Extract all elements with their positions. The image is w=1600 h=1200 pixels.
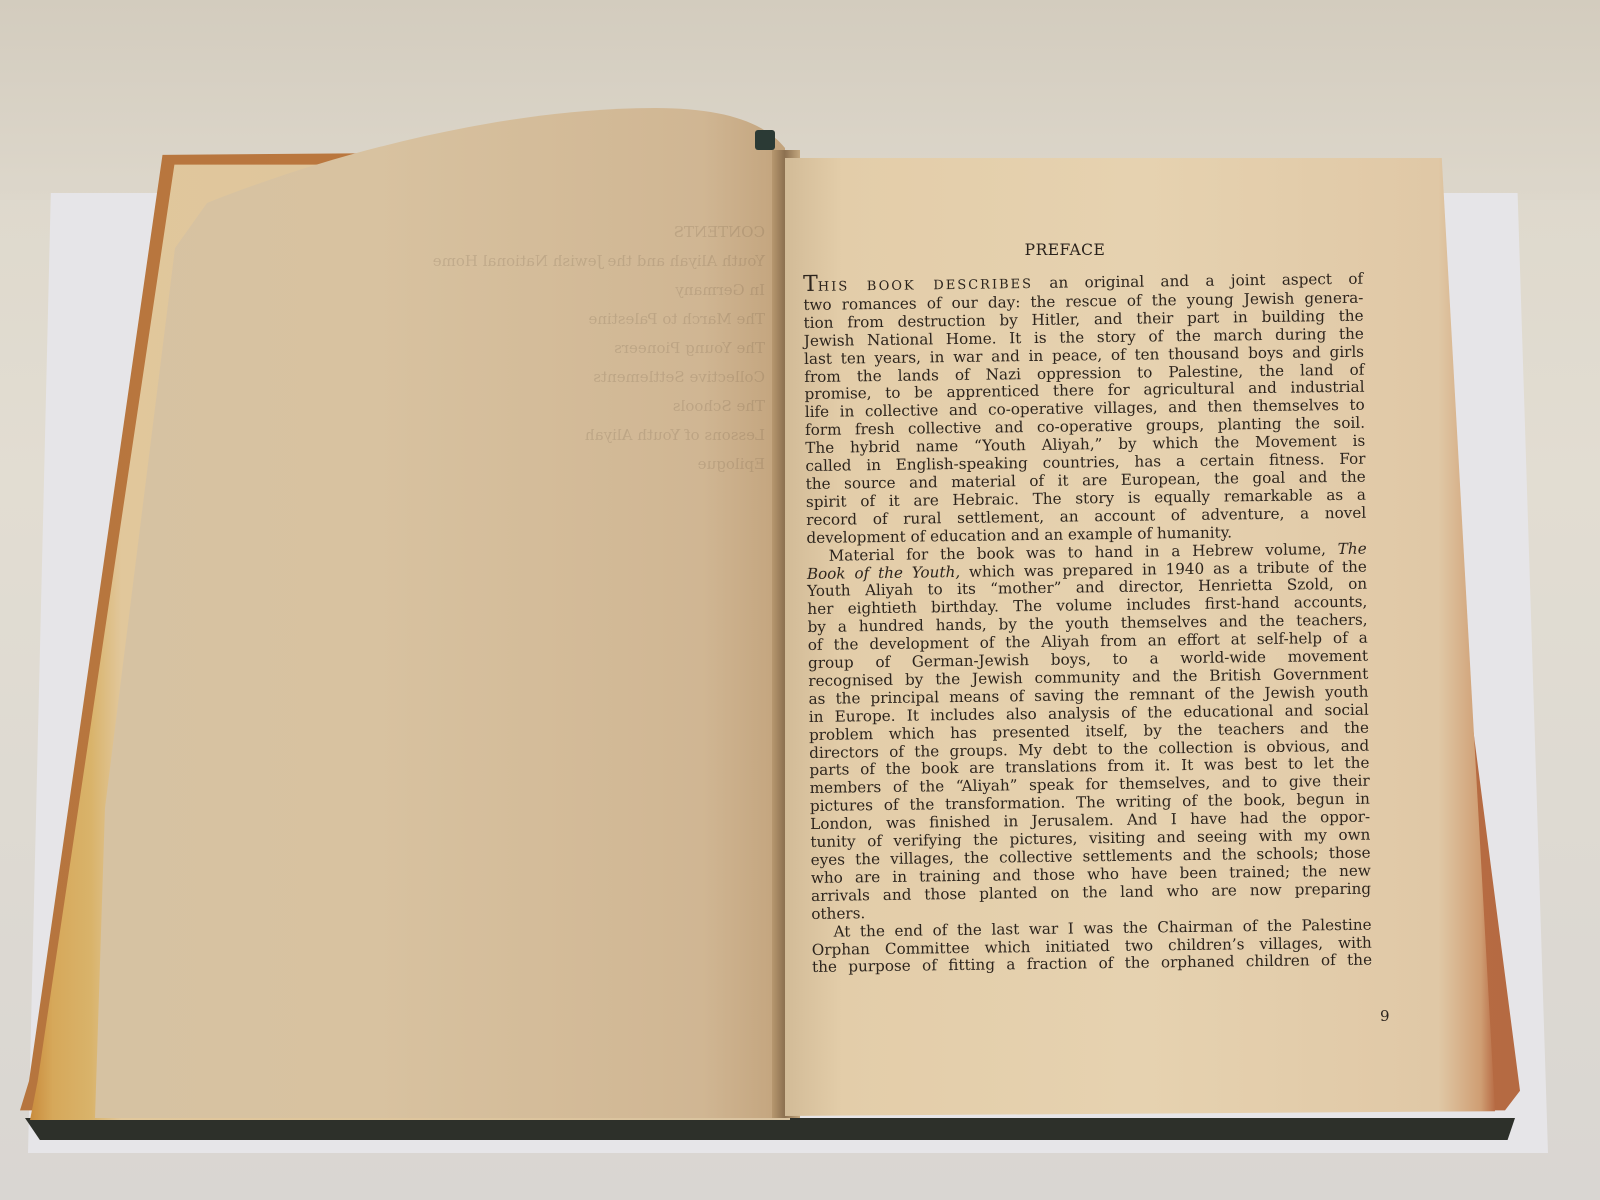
left-page[interactable]: CONTENTS Youth Aliyah and the Jewish Nat… (95, 108, 785, 1118)
right-page[interactable]: PREFACE THIS BOOK DESCRIBES an original … (785, 158, 1495, 1116)
italic-title: The (1338, 539, 1367, 557)
showthrough-line: CONTENTS (425, 218, 765, 247)
drop-cap: T (803, 272, 818, 297)
showthrough-line: Epilogue (425, 450, 765, 479)
showthrough-line: The Young Pioneers (425, 334, 765, 363)
showthrough-line: The Schools (425, 392, 765, 421)
showthrough-line: Youth Aliyah and the Jewish National Hom… (425, 247, 765, 276)
showthrough-line: Collective Settlements (425, 363, 765, 392)
preface-body: THIS BOOK DESCRIBES an original and a jo… (803, 269, 1372, 978)
left-page-showthrough: CONTENTS Youth Aliyah and the Jewish Nat… (425, 218, 765, 738)
smallcaps-lead: HIS BOOK DESCRIBES (818, 277, 1033, 295)
italic-title: Book of the Youth, (807, 562, 960, 582)
showthrough-line: In Germany (425, 276, 765, 305)
spine-headband (755, 130, 775, 150)
book-cover-bottom-edge (25, 1118, 1515, 1140)
showthrough-line: Lessons of Youth Aliyah (425, 421, 765, 450)
page-number: 9 (1380, 1007, 1390, 1025)
page-heading: PREFACE (785, 241, 1345, 259)
showthrough-line: The March to Palestine (425, 305, 765, 334)
